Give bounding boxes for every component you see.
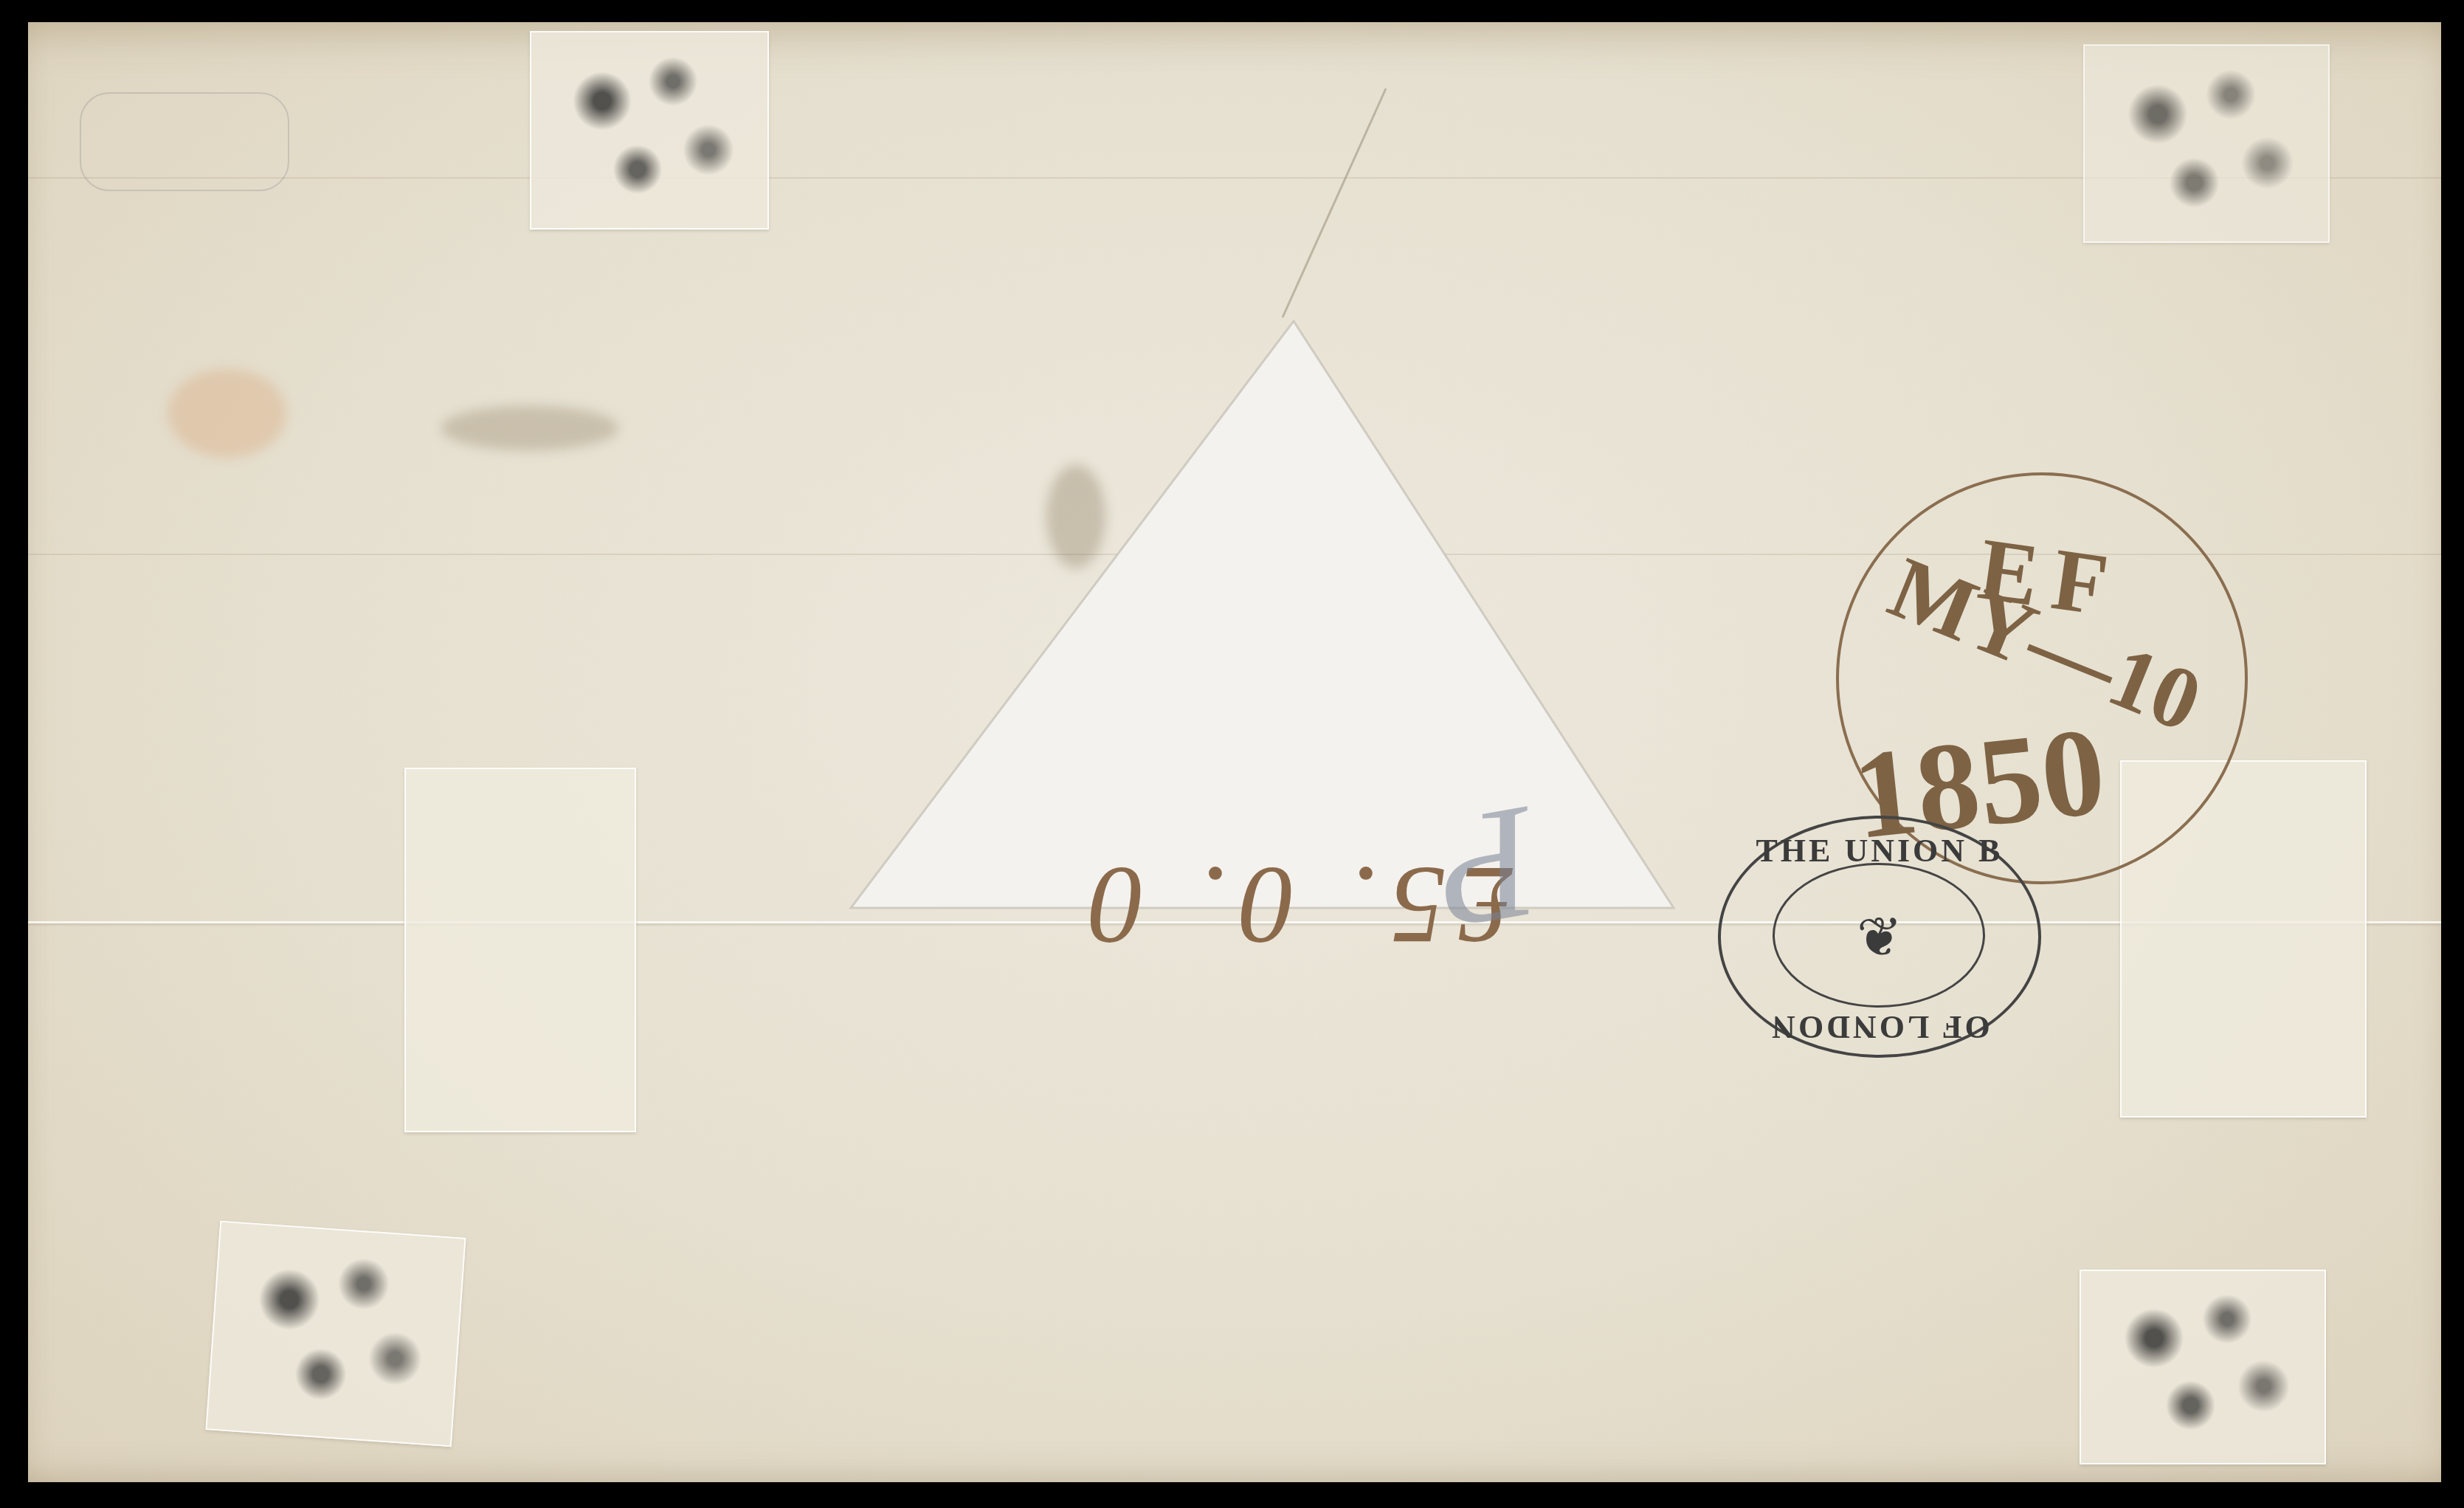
hinge-top-left xyxy=(530,31,769,230)
union-bank-oval-stamp: THE UNION B ❦ OF LONDON xyxy=(1718,816,2041,1058)
faint-pencil-oval xyxy=(80,92,289,191)
fold-line xyxy=(28,177,2441,179)
ink-offset xyxy=(1046,465,1105,568)
ink-offset xyxy=(441,406,618,450)
hinge-bottom-right xyxy=(2080,1270,2326,1464)
envelope-back: £5. 0. 0 P EF MY—10 1850 THE UNION B ❦ O… xyxy=(28,22,2441,1482)
hinge-top-right xyxy=(2083,44,2330,243)
bank-stamp-bottom-text: OF LONDON xyxy=(1721,1008,2038,1046)
floral-emblem-icon: ❦ xyxy=(1721,906,2038,970)
rust-stain xyxy=(168,369,286,458)
hinge-bottom-left xyxy=(206,1221,466,1447)
bank-stamp-top-text: THE UNION B xyxy=(1721,832,2038,870)
hinge-left-middle xyxy=(404,768,636,1132)
